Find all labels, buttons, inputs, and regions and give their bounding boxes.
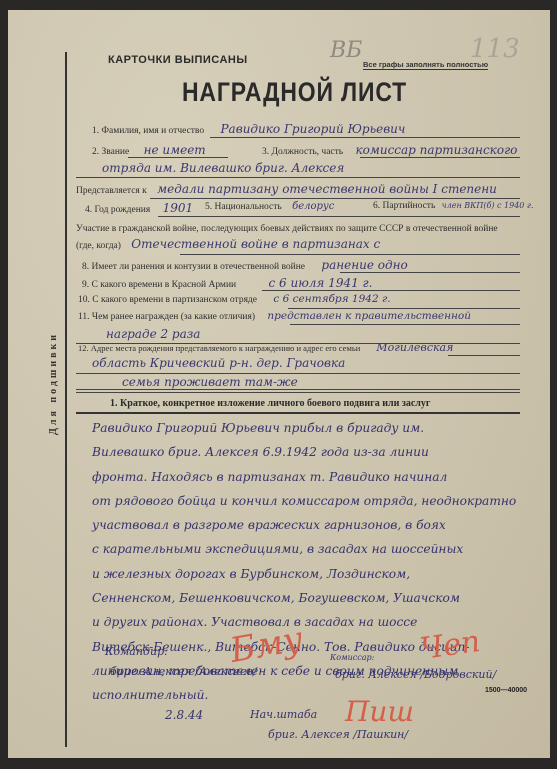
field-address-continued: область Кричевский р-н. дер. Грачовка	[92, 356, 345, 370]
field-party: 6. Партийность член ВКП(б) с 1940 г.	[373, 201, 534, 211]
field-value: комиссар партизанского	[356, 143, 518, 157]
field-label: 12. Адрес места рождения представляемого…	[78, 343, 360, 353]
binding-margin-label: Для подшивки	[48, 235, 68, 435]
field-label: 5. Национальность	[205, 202, 282, 212]
field-value: Равидико Григорий Юрьевич	[220, 122, 405, 136]
commissar-label: Комиссар:	[330, 653, 374, 662]
red-signature-3: Пиш	[345, 695, 414, 728]
field-previous-awards-continued: награде 2 раза	[106, 327, 200, 341]
narrative-line: участвовал в разгроме вражеских гарнизон…	[92, 513, 547, 537]
field-address: 12. Адрес места рождения представляемого…	[78, 341, 453, 354]
field-value: представлен к правительственной	[267, 310, 471, 322]
field-rank: 2. Звание не имеет	[92, 143, 206, 157]
cards-issued-stamp: КАРТОЧКИ ВЫПИСАНЫ	[108, 54, 248, 66]
commander-label: Командир:	[105, 645, 168, 658]
field-previous-awards: 11. Чем ранее награжден (за какие отличи…	[78, 310, 471, 322]
field-label: 8. Имеет ли ранения и контузии в отечест…	[82, 262, 305, 272]
print-run-number: 1500—40000	[485, 687, 527, 694]
chief-of-staff-signature-line: бриг. Алексея /Пашкин/	[268, 728, 408, 741]
document-date: 2.8.44	[165, 708, 203, 722]
field-nationality: 5. Национальность белорус	[205, 201, 334, 212]
narrative-line: Сенненском, Бешенковичском, Богушевском,…	[92, 586, 547, 610]
field-position: 3. Должность, часть комиссар партизанско…	[262, 143, 517, 157]
narrative-line: Вилевашко бриг. Алексея 6.9.1942 года из…	[92, 440, 547, 464]
field-label: 6. Партийность	[373, 201, 435, 211]
narrative-line: от рядового бойца и кончил комиссаром от…	[92, 489, 547, 513]
field-red-army-since: 9. С какого времени в Красной Армии с 6 …	[82, 276, 372, 290]
narrative-line: Равидико Григорий Юрьевич прибыл в брига…	[92, 416, 547, 440]
narrative-line: с карательными экспедициями, в засадах н…	[92, 537, 547, 561]
commissar-signature-line: бриг. Алексея /Бодровский/	[335, 668, 496, 681]
field-value: 1901	[163, 201, 194, 215]
field-value: Могилевская	[376, 341, 453, 354]
field-label: 2. Звание	[92, 147, 129, 157]
narrative-text: Равидико Григорий Юрьевич прибыл в брига…	[92, 416, 547, 708]
field-value: член ВКП(б) с 1940 г.	[442, 201, 534, 210]
fill-all-fields-note: Все графы заполнять полностью	[363, 60, 488, 70]
pencil-mark-left: ВБ	[330, 38, 362, 63]
field-value: медали партизану отечественной войны I с…	[157, 182, 497, 196]
field-value: белорус	[292, 201, 334, 212]
field-position-continued: отряда им. Вилевашко бриг. Алексея	[102, 161, 344, 175]
field-label: 1. Фамилия, имя и отчество	[92, 126, 204, 136]
field-value: ранение одно	[321, 258, 407, 272]
field-address-family: семья проживает там-же	[122, 375, 298, 389]
field-partisan-since: 10. С какого времени в партизанском отря…	[78, 293, 391, 305]
field-label: Представляется к	[76, 186, 147, 196]
narrative-line: и железных дорогах в Бурбинском, Лоздинс…	[92, 562, 547, 586]
narrative-line: фронта. Находясь в партизанах т. Равидик…	[92, 465, 547, 489]
field-wounds: 8. Имеет ли ранения и контузии в отечест…	[82, 258, 408, 272]
narrative-line: исполнительный.	[92, 683, 547, 707]
chief-of-staff-label: Нач.штаба	[250, 708, 317, 721]
field-full-name: 1. Фамилия, имя и отчество Равидико Григ…	[92, 122, 405, 136]
document-title: НАГРАДНОЙ ЛИСТ	[182, 77, 407, 108]
field-label: 3. Должность, часть	[262, 147, 343, 157]
field-value: Отечественной войне в партизанах с	[131, 237, 380, 251]
field-nominated-for: Представляется к медали партизану отечес…	[76, 182, 497, 196]
field-label: 10. С какого времени в партизанском отря…	[78, 295, 257, 305]
field-label: 9. С какого времени в Красной Армии	[82, 280, 236, 290]
field-value: не имеет	[144, 143, 206, 157]
field-birth-year: 4. Год рождения 1901	[85, 201, 193, 215]
field-value: с 6 июля 1941 г.	[269, 276, 373, 290]
field-war-participation: Участие в гражданской войне, последующих…	[76, 222, 516, 254]
field-label: 11. Чем ранее награжден (за какие отличи…	[78, 312, 255, 322]
field-value: с 6 сентября 1942 г.	[273, 293, 390, 305]
narrative-line: и других районах. Участвовал в засадах н…	[92, 610, 547, 634]
field-label: 4. Год рождения	[85, 205, 150, 215]
section-heading-feat: 1. Краткое, конкретное изложение личного…	[110, 398, 430, 409]
